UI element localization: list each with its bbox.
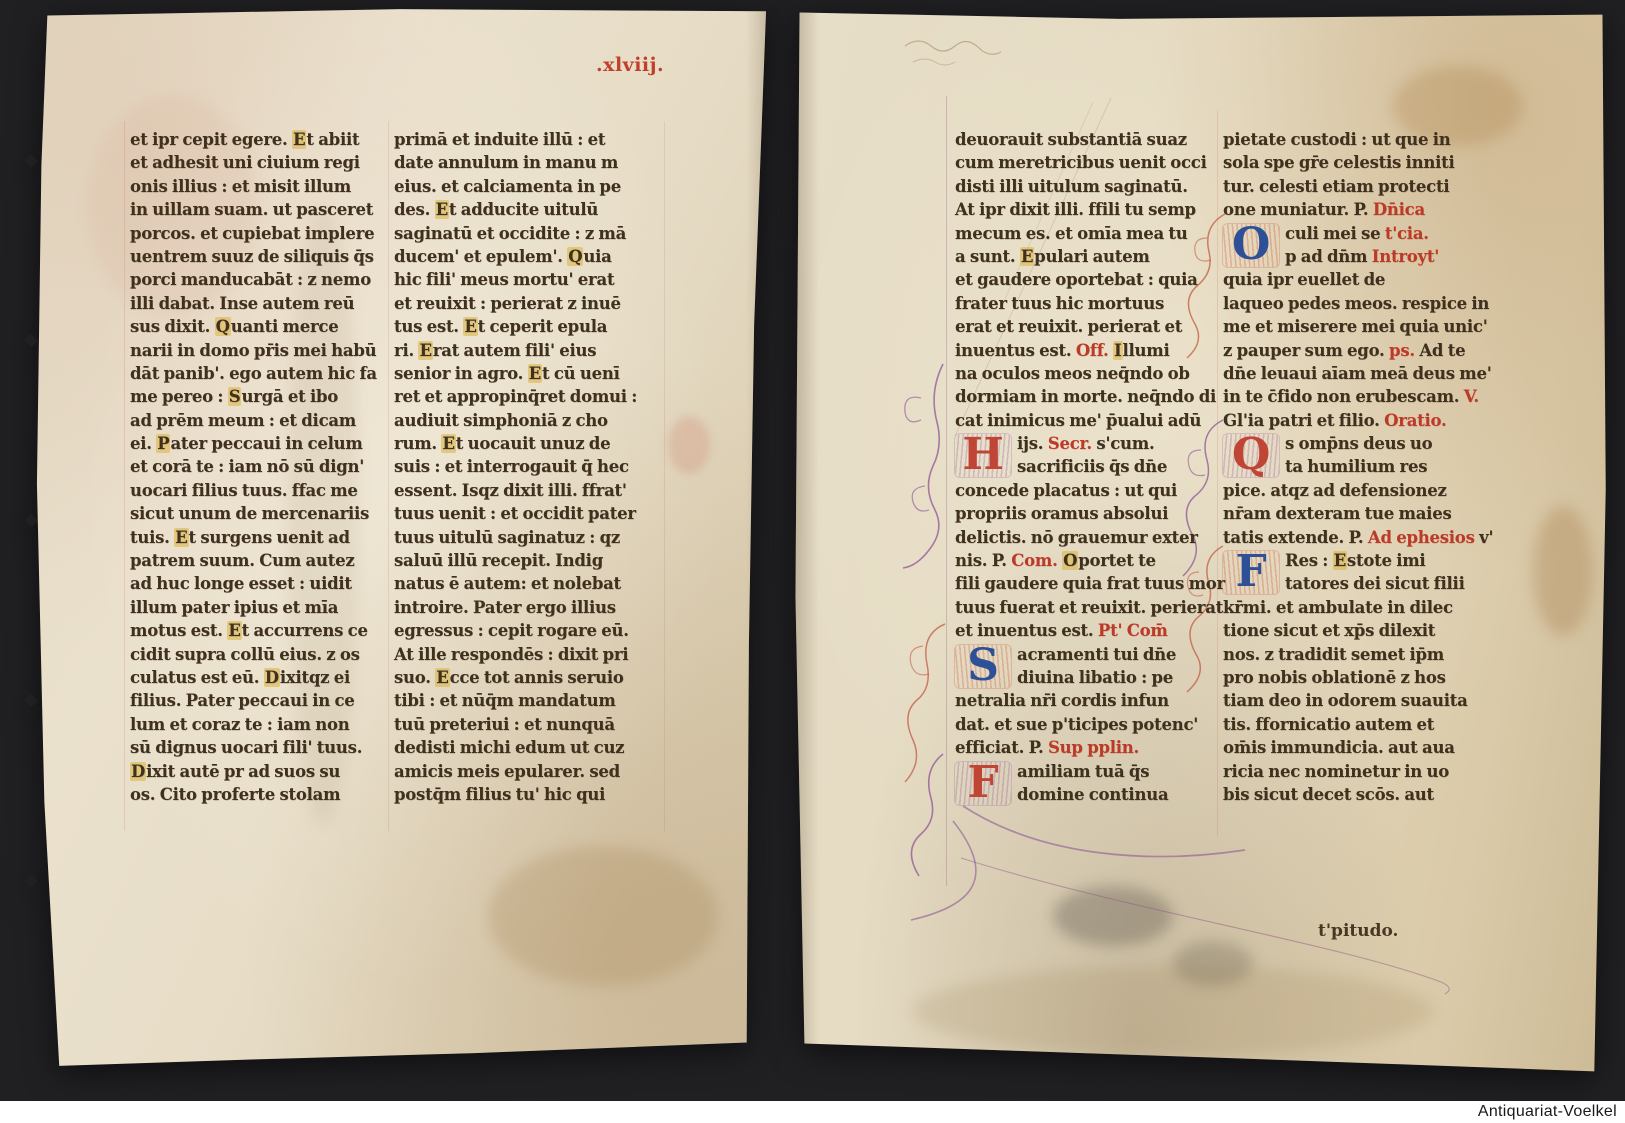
body-text: frater tuus hic mortuus xyxy=(955,294,1164,313)
manuscript-line: ri. Erat autem fili' eius xyxy=(394,339,666,362)
body-text: laqueo pedes meos. respice in xyxy=(1223,294,1489,313)
body-text: one muniatur. P. xyxy=(1223,200,1373,219)
body-text: ad prēm meum : et dicam xyxy=(130,411,356,430)
body-text: At ille respondēs : dixit pri xyxy=(394,645,628,664)
manuscript-line: Dixit autē pr ad suos su xyxy=(130,760,392,783)
body-text: domine continua xyxy=(1017,785,1168,804)
body-text: nos. z tradidit semet ip̄m xyxy=(1223,645,1444,664)
body-text: pro nobis oblationē z hos xyxy=(1223,668,1446,687)
manuscript-line: audiuit simphoniā z cho xyxy=(394,409,666,432)
penwork-red xyxy=(905,624,945,782)
body-text: a sunt. xyxy=(955,247,1020,266)
body-text: eius. et calciamenta in pe xyxy=(394,177,621,196)
manuscript-line: egressus : cepit rogare eū. xyxy=(394,619,666,642)
body-text: t ceperit epula xyxy=(478,317,608,336)
body-text: t surgens uenit ad xyxy=(189,528,350,547)
body-text: ducem' et epulem'. xyxy=(394,247,567,266)
gilded-capital: Q xyxy=(215,317,231,336)
manuscript-line: senior in agro. Et cū uenī xyxy=(394,362,666,385)
body-text: et inuentus est. xyxy=(955,621,1098,640)
gilded-capital: D xyxy=(130,762,146,781)
manuscript-line: ret et appropinq̄ret domui : xyxy=(394,385,666,408)
manuscript-line: postq̄m filius tu' hic qui xyxy=(394,783,666,806)
rubric-text: V. xyxy=(1464,387,1479,406)
manuscript-line: disti illi uitulum saginatū. xyxy=(955,175,1221,198)
body-text: s'cum. xyxy=(1092,434,1155,453)
body-text: Res : xyxy=(1285,551,1333,570)
manuscript-line: At ipr dixit illi. ffili tu semp xyxy=(955,198,1221,221)
body-text: ixit autē pr ad suos su xyxy=(146,762,340,781)
gilded-capital: E xyxy=(435,200,449,219)
body-text: disti illi uitulum saginatū. xyxy=(955,177,1188,196)
body-text: tiam deo in odorem suauita xyxy=(1223,691,1468,710)
parchment-left: .xlviij. et ipr cepit egere. Et abiitet … xyxy=(28,6,772,1068)
body-text: suo. xyxy=(394,668,435,687)
stain xyxy=(488,846,718,986)
body-text: llumi xyxy=(1123,341,1170,360)
penwork-purple xyxy=(912,486,929,511)
manuscript-line: in uillam suam. ut pasceret xyxy=(130,198,392,221)
body-text: date annulum in manu m xyxy=(394,153,618,172)
body-text: ixitqz ei xyxy=(280,668,350,687)
gutter-shadow xyxy=(746,6,772,1068)
stain xyxy=(1533,506,1593,636)
manuscript-line: tuis. Et surgens uenit ad xyxy=(130,526,392,549)
manuscript-line: tiam deo in odorem suauita xyxy=(1223,689,1513,712)
body-text: pietate custodi : ut que in xyxy=(1223,130,1450,149)
manuscript-line: sacrificiis q̄s dn̄e xyxy=(955,455,1221,478)
gilded-capital: I xyxy=(1113,341,1122,360)
manuscript-line: tis. ffornicatio autem et xyxy=(1223,713,1513,736)
body-text: in te c̄fido non erubescam. xyxy=(1223,387,1464,406)
catchword: t'pitudo. xyxy=(1318,921,1398,941)
body-text: sola spe gr̄e celestis inniti xyxy=(1223,153,1454,172)
body-text: ad huc longe esset : uidit xyxy=(130,574,352,593)
manuscript-line: sicut unum de mercenariis xyxy=(130,502,392,525)
body-text: tuus uenit : et occidit pater xyxy=(394,504,636,523)
gilded-capital: E xyxy=(418,341,432,360)
manuscript-line: et reuixit : perierat z inuē xyxy=(394,292,666,315)
body-text: nis. P. xyxy=(955,551,1011,570)
text-column-left-1: et ipr cepit egere. Et abiitet adhesit u… xyxy=(130,128,392,806)
body-text: acramenti tui dn̄e xyxy=(1017,645,1176,664)
text-column-right-2: pietate custodi : ut que insola spe gr̄e… xyxy=(1223,128,1513,806)
manuscript-line: onis illius : et misit illum xyxy=(130,175,392,198)
body-text: quia ipr euellet de xyxy=(1223,270,1385,289)
penwork-flourish xyxy=(963,806,1245,857)
body-text: cidit supra collū eius. z os xyxy=(130,645,360,664)
body-text: portet te xyxy=(1078,551,1156,570)
body-text: os. Cito proferte stolam xyxy=(130,785,340,804)
body-text: saginatū et occidite : z mā xyxy=(394,224,626,243)
body-text: uia xyxy=(583,247,611,266)
manuscript-line: tuus uenit : et occidit pater xyxy=(394,502,666,525)
stain xyxy=(1053,886,1173,946)
body-text: mecum es. et omīa mea tu xyxy=(955,224,1188,243)
penwork-red xyxy=(910,646,929,675)
manuscript-line: sola spe gr̄e celestis inniti xyxy=(1223,151,1513,174)
manuscript-line: tatis extende. P. Ad ephesios v' xyxy=(1223,526,1513,549)
rubric-text: Secr. xyxy=(1048,434,1092,453)
body-text: cce tot annis seruio xyxy=(450,668,624,687)
gilded-capital: E xyxy=(174,528,188,547)
manuscript-line: FRes : Estote imi xyxy=(1223,549,1513,572)
body-text: dormiam in morte. neq̄ndo di xyxy=(955,387,1216,406)
text-column-right-1: deuorauit substantiā suazcum meretricib… xyxy=(955,128,1221,806)
body-text: tuus fuerat et reuixit. perierat xyxy=(955,598,1223,617)
manuscript-leaf-left: .xlviij. et ipr cepit egere. Et abiitet … xyxy=(28,6,772,1068)
rubric-text: Dn̄ica xyxy=(1373,200,1425,219)
body-text: tione sicut et xp̄s dilexit xyxy=(1223,621,1435,640)
body-text: et corā te : iam nō sū dign' xyxy=(130,457,364,476)
body-text: tus est. xyxy=(394,317,463,336)
body-text: illum pater ipius et mīa xyxy=(130,598,338,617)
body-text: sus dixit. xyxy=(130,317,215,336)
body-text: uanti merce xyxy=(231,317,339,336)
manuscript-line: ad huc longe esset : uidit xyxy=(130,572,392,595)
manuscript-line: saginatū et occidite : z mā xyxy=(394,222,666,245)
manuscript-line: tibi : et nūq̄m mandatum xyxy=(394,689,666,712)
manuscript-line: sū dignus uocari fili' tuus. xyxy=(130,736,392,759)
folio-number: .xlviij. xyxy=(596,54,664,76)
manuscript-line: ducem' et epulem'. Quia xyxy=(394,245,666,268)
body-text: primā et induite illū : et xyxy=(394,130,605,149)
body-text: erat et reuixit. perierat et xyxy=(955,317,1182,336)
binding-hole xyxy=(24,154,37,167)
manuscript-line: pro nobis oblationē z hos xyxy=(1223,666,1513,689)
gutter-shadow xyxy=(793,6,819,1080)
body-text: lum et coraz te : iam non xyxy=(130,715,350,734)
manuscript-line: et gaudere oportebat : quia xyxy=(955,268,1221,291)
watermark-label: Antiquariat-Voelkel xyxy=(1478,1103,1617,1120)
penwork-flourish xyxy=(911,821,976,920)
stain xyxy=(913,966,1433,1056)
gilded-capital: E xyxy=(1333,551,1347,570)
body-text: ijs. xyxy=(1017,434,1048,453)
manuscript-line: suo. Ecce tot annis seruio xyxy=(394,666,666,689)
manuscript-line: pice. atqz ad defensionez xyxy=(1223,479,1513,502)
body-text: me et miserere mei quia unic' xyxy=(1223,317,1488,336)
binding-hole xyxy=(24,694,37,707)
manuscript-line: os. Cito proferte stolam xyxy=(130,783,392,806)
body-text: ater peccaui in celum xyxy=(170,434,362,453)
body-text: motus est. xyxy=(130,621,227,640)
manuscript-line: porci manducabāt : z nemo xyxy=(130,268,392,291)
body-text: ei. xyxy=(130,434,156,453)
manuscript-line: laqueo pedes meos. respice in xyxy=(1223,292,1513,315)
manuscript-line: Sacramenti tui dn̄e xyxy=(955,643,1221,666)
rubric-text: Off. xyxy=(1076,341,1109,360)
body-text: patrem suum. Cum autez xyxy=(130,551,354,570)
faint-inscription xyxy=(913,59,955,65)
manuscript-line: tuus fuerat et reuixit. perierat xyxy=(955,596,1221,619)
manuscript-line: z pauper sum ego. ps. Ad te xyxy=(1223,339,1513,362)
body-text: tatores dei sicut filii xyxy=(1285,574,1465,593)
manuscript-line: culatus est eū. Dixitqz ei xyxy=(130,666,392,689)
body-text: tuis. xyxy=(130,528,174,547)
manuscript-line: me et miserere mei quia unic' xyxy=(1223,315,1513,338)
manuscript-line: diuina libatio : pe xyxy=(955,666,1221,689)
manuscript-line: et ipr cepit egere. Et abiit xyxy=(130,128,392,151)
body-text: dn̄e leuaui aīam meā deus me' xyxy=(1223,364,1492,383)
body-text: et gaudere oportebat : quia xyxy=(955,270,1198,289)
manuscript-line: netralia nr̄i cordis infun xyxy=(955,689,1221,712)
manuscript-line: essent. Isqz dixit illi. ffrat' xyxy=(394,479,666,502)
manuscript-line: domine continua xyxy=(955,783,1221,806)
manuscript-line: tur. celesti etiam protecti xyxy=(1223,175,1513,198)
rubric-text: ps. xyxy=(1389,341,1415,360)
body-text: tuus uitulū saginatuz : qz xyxy=(394,528,620,547)
body-text: tuū preteriui : et nunquā xyxy=(394,715,615,734)
gilded-capital: S xyxy=(228,387,242,406)
manuscript-line: Qs omp̄ns deus uo xyxy=(1223,432,1513,455)
body-text: hic fili' meus mortu' erat xyxy=(394,270,614,289)
gilded-capital: E xyxy=(528,364,542,383)
body-text: sicut unum de mercenariis xyxy=(130,504,369,523)
manuscript-line: kr̄mi. et ambulate in dilec xyxy=(1223,596,1513,619)
body-text: illi dabat. Inse autem reū xyxy=(130,294,354,313)
manuscript-line: patrem suum. Cum autez xyxy=(130,549,392,572)
manuscript-line: frater tuus hic mortuus xyxy=(955,292,1221,315)
body-text: porcos. et cupiebat implere xyxy=(130,224,374,243)
body-text: concede placatus : ut qui xyxy=(955,481,1177,500)
manuscript-line: tuū preteriui : et nunquā xyxy=(394,713,666,736)
ink-showthrough xyxy=(668,416,710,474)
body-text: me pereo : xyxy=(130,387,228,406)
manuscript-line: Familiam tuā q̄s xyxy=(955,760,1221,783)
body-text: ret et appropinq̄ret domui : xyxy=(394,387,637,406)
binding-hole xyxy=(24,334,37,347)
rubric-text: Ad ephesios xyxy=(1368,528,1475,547)
body-text: v' xyxy=(1475,528,1494,547)
body-text: diuina libatio : pe xyxy=(1017,668,1173,687)
body-text: rat autem fili' eius xyxy=(433,341,597,360)
body-text: cat inimicus me' p̄ualui adū xyxy=(955,411,1201,430)
body-text: dāt panib'. ego autem hic fa xyxy=(130,364,377,383)
gilded-capital: E xyxy=(435,668,449,687)
manuscript-line: dedisti michi edum ut cuz xyxy=(394,736,666,759)
body-text: inuentus est. xyxy=(955,341,1076,360)
gilded-capital: Q xyxy=(567,247,583,266)
manuscript-line: inuentus est. Off. Illumi xyxy=(955,339,1221,362)
body-text: deuorauit substantiā suaz xyxy=(955,130,1187,149)
body-text: efficiat. P. xyxy=(955,738,1048,757)
rubric-text: Pt' Com̄ xyxy=(1098,621,1168,640)
manuscript-line: cum meretricibus uenit occi xyxy=(955,151,1221,174)
body-text: in uillam suam. ut pasceret xyxy=(130,200,373,219)
manuscript-line: et corā te : iam nō sū dign' xyxy=(130,455,392,478)
binding-hole xyxy=(24,874,37,887)
manuscript-line: nis. P. Com. Oportet te xyxy=(955,549,1221,572)
photo-background: .xlviij. et ipr cepit egere. Et abiitet … xyxy=(0,0,1625,1123)
body-text: t accurrens ce xyxy=(242,621,368,640)
body-text: tur. celesti etiam protecti xyxy=(1223,177,1449,196)
manuscript-line: tus est. Et ceperit epula xyxy=(394,315,666,338)
body-text: At ipr dixit illi. ffili tu semp xyxy=(955,200,1196,219)
body-text: tibi : et nūq̄m mandatum xyxy=(394,691,616,710)
body-text: urgā et ibo xyxy=(241,387,338,406)
ruling-line xyxy=(946,96,947,886)
manuscript-line: amicis meis epularer. sed xyxy=(394,760,666,783)
manuscript-line: dn̄e leuaui aīam meā deus me' xyxy=(1223,362,1513,385)
body-text: propriis oramus absolui xyxy=(955,504,1168,523)
manuscript-line: pietate custodi : ut que in xyxy=(1223,128,1513,151)
body-text: z pauper sum ego. xyxy=(1223,341,1389,360)
body-text: culatus est eū. xyxy=(130,668,264,687)
body-text: et ipr cepit egere. xyxy=(130,130,292,149)
body-text: p ad dn̄m xyxy=(1285,247,1372,266)
manuscript-line: dāt panib'. ego autem hic fa xyxy=(130,362,392,385)
body-text: nr̄am dexteram tue maies xyxy=(1223,504,1451,523)
text-column-left-2: primā et induite illū : etdate annulum… xyxy=(394,128,666,806)
manuscript-line: et adhesit uni ciuium regi xyxy=(130,151,392,174)
body-text: sacrificiis q̄s dn̄e xyxy=(1017,457,1167,476)
body-text: introire. Pater ergo illius xyxy=(394,598,616,617)
body-text: t cū uenī xyxy=(542,364,620,383)
manuscript-line: hic fili' meus mortu' erat xyxy=(394,268,666,291)
body-text: natus ē autem: et nolebat xyxy=(394,574,621,593)
manuscript-line: date annulum in manu m xyxy=(394,151,666,174)
body-text: na oculos meos neq̄ndo ob xyxy=(955,364,1190,383)
penwork-purple xyxy=(905,397,921,422)
manuscript-line: illi dabat. Inse autem reū xyxy=(130,292,392,315)
body-text: bis sicut decet scōs. aut xyxy=(1223,785,1434,804)
penwork-purple xyxy=(903,364,943,568)
manuscript-line: ad prēm meum : et dicam xyxy=(130,409,392,432)
rubric-text: Oratio. xyxy=(1384,411,1446,430)
body-text: et reuixit : perierat z inuē xyxy=(394,294,621,313)
manuscript-line: rum. Et uocauit unuz de xyxy=(394,432,666,455)
gilded-capital: E xyxy=(463,317,477,336)
manuscript-line: suis : et interrogauit q̄ hec xyxy=(394,455,666,478)
manuscript-line: fili gaudere quia frat tuus mor xyxy=(955,572,1221,595)
gilded-capital: D xyxy=(264,668,280,687)
body-text: uentrem suuz de siliquis q̄s xyxy=(130,247,374,266)
manuscript-line: dat. et sue p'ticipes potenc' xyxy=(955,713,1221,736)
body-text: pice. atqz ad defensionez xyxy=(1223,481,1447,500)
body-text: t adducite uitulū xyxy=(449,200,598,219)
manuscript-line: propriis oramus absolui xyxy=(955,502,1221,525)
rubric-text: t'cia. xyxy=(1385,224,1429,243)
manuscript-line: cidit supra collū eius. z os xyxy=(130,643,392,666)
body-text: des. xyxy=(394,200,435,219)
body-text: amicis meis epularer. sed xyxy=(394,762,620,781)
gilded-capital: E xyxy=(227,621,241,640)
gilded-capital: O xyxy=(1062,551,1078,570)
manuscript-line: eius. et calciamenta in pe xyxy=(394,175,666,198)
body-text: t abiit xyxy=(306,130,359,149)
manuscript-line: ta humilium res xyxy=(1223,455,1513,478)
manuscript-line: motus est. Et accurrens ce xyxy=(130,619,392,642)
body-text: tis. ffornicatio autem et xyxy=(1223,715,1434,734)
binding-hole xyxy=(24,514,37,527)
manuscript-line: narii in domo pr̄is mei habū xyxy=(130,339,392,362)
manuscript-line: At ille respondēs : dixit pri xyxy=(394,643,666,666)
body-text: amiliam tuā q̄s xyxy=(1017,762,1149,781)
manuscript-line: deuorauit substantiā suaz xyxy=(955,128,1221,151)
stain xyxy=(1173,941,1253,986)
gilded-capital: P xyxy=(156,434,170,453)
manuscript-line: na oculos meos neq̄ndo ob xyxy=(955,362,1221,385)
rubric-text: Introyt' xyxy=(1372,247,1439,266)
body-text: senior in agro. xyxy=(394,364,528,383)
body-text: narii in domo pr̄is mei habū xyxy=(130,341,376,360)
manuscript-line: p ad dn̄m Introyt' xyxy=(1223,245,1513,268)
gilded-capital: E xyxy=(441,434,455,453)
manuscript-line: ei. Pater peccaui in celum xyxy=(130,432,392,455)
manuscript-line: introire. Pater ergo illius xyxy=(394,596,666,619)
body-text: Gl'ia patri et filio. xyxy=(1223,411,1384,430)
body-text: pulari autem xyxy=(1034,247,1149,266)
body-text: suis : et interrogauit q̄ hec xyxy=(394,457,629,476)
body-text: ta humilium res xyxy=(1285,457,1427,476)
manuscript-line: dormiam in morte. neq̄ndo di xyxy=(955,385,1221,408)
body-text: et adhesit uni ciuium regi xyxy=(130,153,360,172)
manuscript-line: sus dixit. Quanti merce xyxy=(130,315,392,338)
body-text: culi mei se xyxy=(1285,224,1385,243)
manuscript-line: concede placatus : ut qui xyxy=(955,479,1221,502)
body-text: ricia nec nominetur in uo xyxy=(1223,762,1449,781)
manuscript-line: me pereo : Surgā et ibo xyxy=(130,385,392,408)
rubric-text: Com. xyxy=(1011,551,1057,570)
manuscript-line: primā et induite illū : et xyxy=(394,128,666,151)
manuscript-line: nos. z tradidit semet ip̄m xyxy=(1223,643,1513,666)
body-text: egressus : cepit rogare eū. xyxy=(394,621,629,640)
body-text: t uocauit unuz de xyxy=(456,434,611,453)
manuscript-line: Oculi mei se t'cia. xyxy=(1223,222,1513,245)
manuscript-line: illum pater ipius et mīa xyxy=(130,596,392,619)
rubric-text: Sup pplin. xyxy=(1048,738,1139,757)
manuscript-leaf-right: deuorauit substantiā suazcum meretricib… xyxy=(793,6,1609,1080)
manuscript-line: nr̄am dexteram tue maies xyxy=(1223,502,1513,525)
body-text: tatis extende. P. xyxy=(1223,528,1368,547)
body-text: fili gaudere quia frat tuus mor xyxy=(955,574,1225,593)
penwork-purple xyxy=(911,754,943,876)
body-text: rum. xyxy=(394,434,441,453)
faint-inscription xyxy=(905,41,1001,54)
manuscript-line: in te c̄fido non erubescam. V. xyxy=(1223,385,1513,408)
body-text: filius. Pater peccaui in ce xyxy=(130,691,355,710)
manuscript-line: natus ē autem: et nolebat xyxy=(394,572,666,595)
body-text: netralia nr̄i cordis infun xyxy=(955,691,1169,710)
manuscript-line: lum et coraz te : iam non xyxy=(130,713,392,736)
body-text: dedisti michi edum ut cuz xyxy=(394,738,624,757)
body-text: sū dignus uocari fili' tuus. xyxy=(130,738,362,757)
body-text: saluū illū recepit. Indig xyxy=(394,551,603,570)
body-text: delictis. nō grauemur exter xyxy=(955,528,1198,547)
body-text: uocari filius tuus. ffac me xyxy=(130,481,358,500)
body-text: om̄is immundicia. aut aua xyxy=(1223,738,1455,757)
manuscript-line: quia ipr euellet de xyxy=(1223,268,1513,291)
body-text: postq̄m filius tu' hic qui xyxy=(394,785,605,804)
body-text: stote imi xyxy=(1347,551,1426,570)
manuscript-line: Hijs. Secr. s'cum. xyxy=(955,432,1221,455)
manuscript-line: tatores dei sicut filii xyxy=(1223,572,1513,595)
manuscript-line: saluū illū recepit. Indig xyxy=(394,549,666,572)
manuscript-line: des. Et adducite uitulū xyxy=(394,198,666,221)
manuscript-line: om̄is immundicia. aut aua xyxy=(1223,736,1513,759)
body-text: cum meretricibus uenit occi xyxy=(955,153,1207,172)
body-text: dat. et sue p'ticipes potenc' xyxy=(955,715,1198,734)
manuscript-line: erat et reuixit. perierat et xyxy=(955,315,1221,338)
manuscript-line: mecum es. et omīa mea tu xyxy=(955,222,1221,245)
manuscript-line: porcos. et cupiebat implere xyxy=(130,222,392,245)
body-text: onis illius : et misit illum xyxy=(130,177,351,196)
manuscript-line: tione sicut et xp̄s dilexit xyxy=(1223,619,1513,642)
manuscript-line: filius. Pater peccaui in ce xyxy=(130,689,392,712)
ruling-line xyxy=(124,121,125,831)
parchment-right: deuorauit substantiā suazcum meretricib… xyxy=(793,6,1609,1080)
